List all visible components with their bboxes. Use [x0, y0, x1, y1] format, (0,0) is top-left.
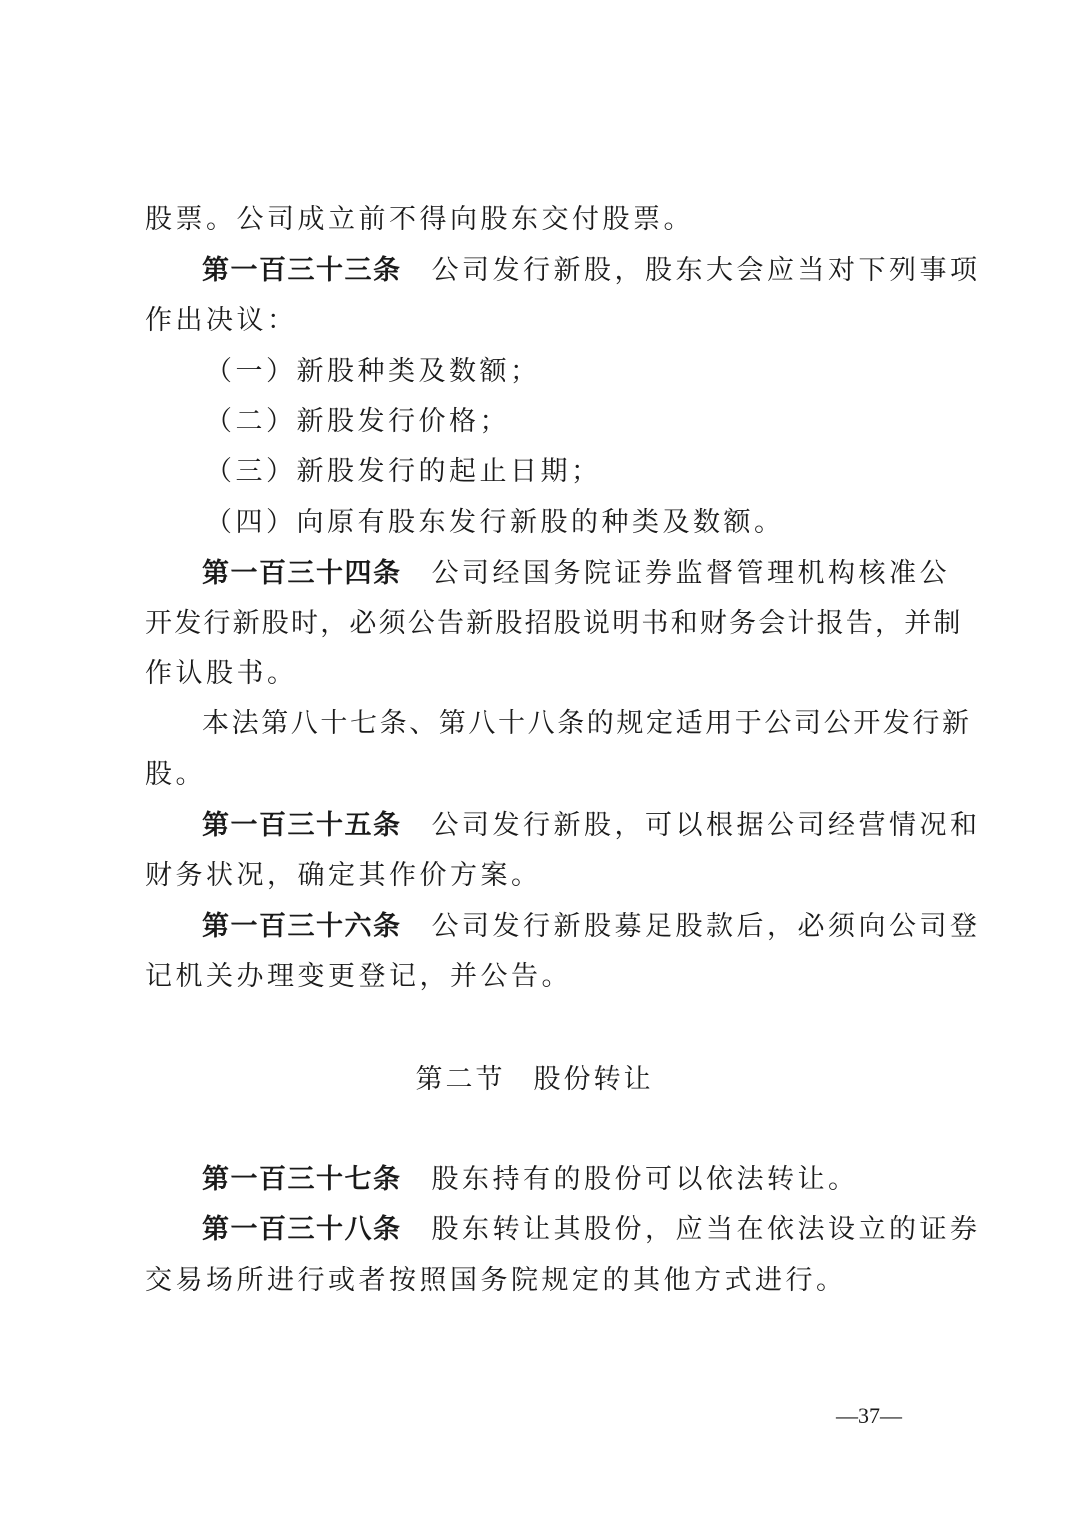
article-heading: 第一百三十五条	[202, 810, 402, 841]
list-item: （一）新股种类及数额；	[205, 354, 1005, 390]
text-line: 财务状况，确定其作价方案。	[145, 858, 945, 894]
article-heading: 第一百三十六条	[202, 911, 402, 942]
article-heading: 第一百三十七条	[202, 1164, 402, 1195]
section-title: 股份转让	[534, 1064, 654, 1095]
article-text: 公司发行新股募足股款后，必须向公司登	[432, 911, 981, 942]
text-line: 作认股书。	[145, 656, 945, 692]
article-heading: 第一百三十三条	[202, 255, 402, 286]
text-line: 开发行新股时，必须公告新股招股说明书和财务会计报告，并制	[145, 606, 945, 642]
text-line: 股。	[145, 757, 945, 793]
article-137: 第一百三十七条股东持有的股份可以依法转让。	[202, 1162, 1002, 1198]
text-line: 作出决议：	[145, 303, 945, 339]
text-line: 交易场所进行或者按照国务院规定的其他方式进行。	[145, 1263, 945, 1299]
article-text: 公司经国务院证券监督管理机构核准公	[432, 558, 951, 589]
article-text: 股东持有的股份可以依法转让。	[432, 1164, 859, 1195]
text-line: 股票。公司成立前不得向股东交付股票。	[145, 202, 945, 238]
list-item: （四）向原有股东发行新股的种类及数额。	[205, 505, 1005, 541]
article-text: 公司发行新股，可以根据公司经营情况和	[432, 810, 981, 841]
article-135: 第一百三十五条公司发行新股，可以根据公司经营情况和	[202, 808, 1002, 844]
article-text: 股东转让其股份，应当在依法设立的证券	[432, 1214, 981, 1245]
section-heading: 第二节股份转让	[0, 1062, 1069, 1098]
document-page: 股票。公司成立前不得向股东交付股票。 第一百三十三条公司发行新股，股东大会应当对…	[0, 0, 1069, 1515]
text-line: 记机关办理变更登记，并公告。	[145, 959, 945, 995]
article-heading: 第一百三十八条	[202, 1214, 402, 1245]
list-item: （三）新股发行的起止日期；	[205, 454, 1005, 490]
list-item: （二）新股发行价格；	[205, 404, 1005, 440]
article-133: 第一百三十三条公司发行新股，股东大会应当对下列事项	[202, 253, 1002, 289]
article-136: 第一百三十六条公司发行新股募足股款后，必须向公司登	[202, 909, 1002, 945]
article-text: 公司发行新股，股东大会应当对下列事项	[432, 255, 981, 286]
article-134: 第一百三十四条公司经国务院证券监督管理机构核准公	[202, 556, 1002, 592]
article-heading: 第一百三十四条	[202, 558, 402, 589]
article-138: 第一百三十八条股东转让其股份，应当在依法设立的证券	[202, 1212, 1002, 1248]
page-number: —37—	[836, 1402, 902, 1430]
text-line: 本法第八十七条、第八十八条的规定适用于公司公开发行新	[202, 706, 1002, 742]
section-number: 第二节	[416, 1064, 506, 1095]
